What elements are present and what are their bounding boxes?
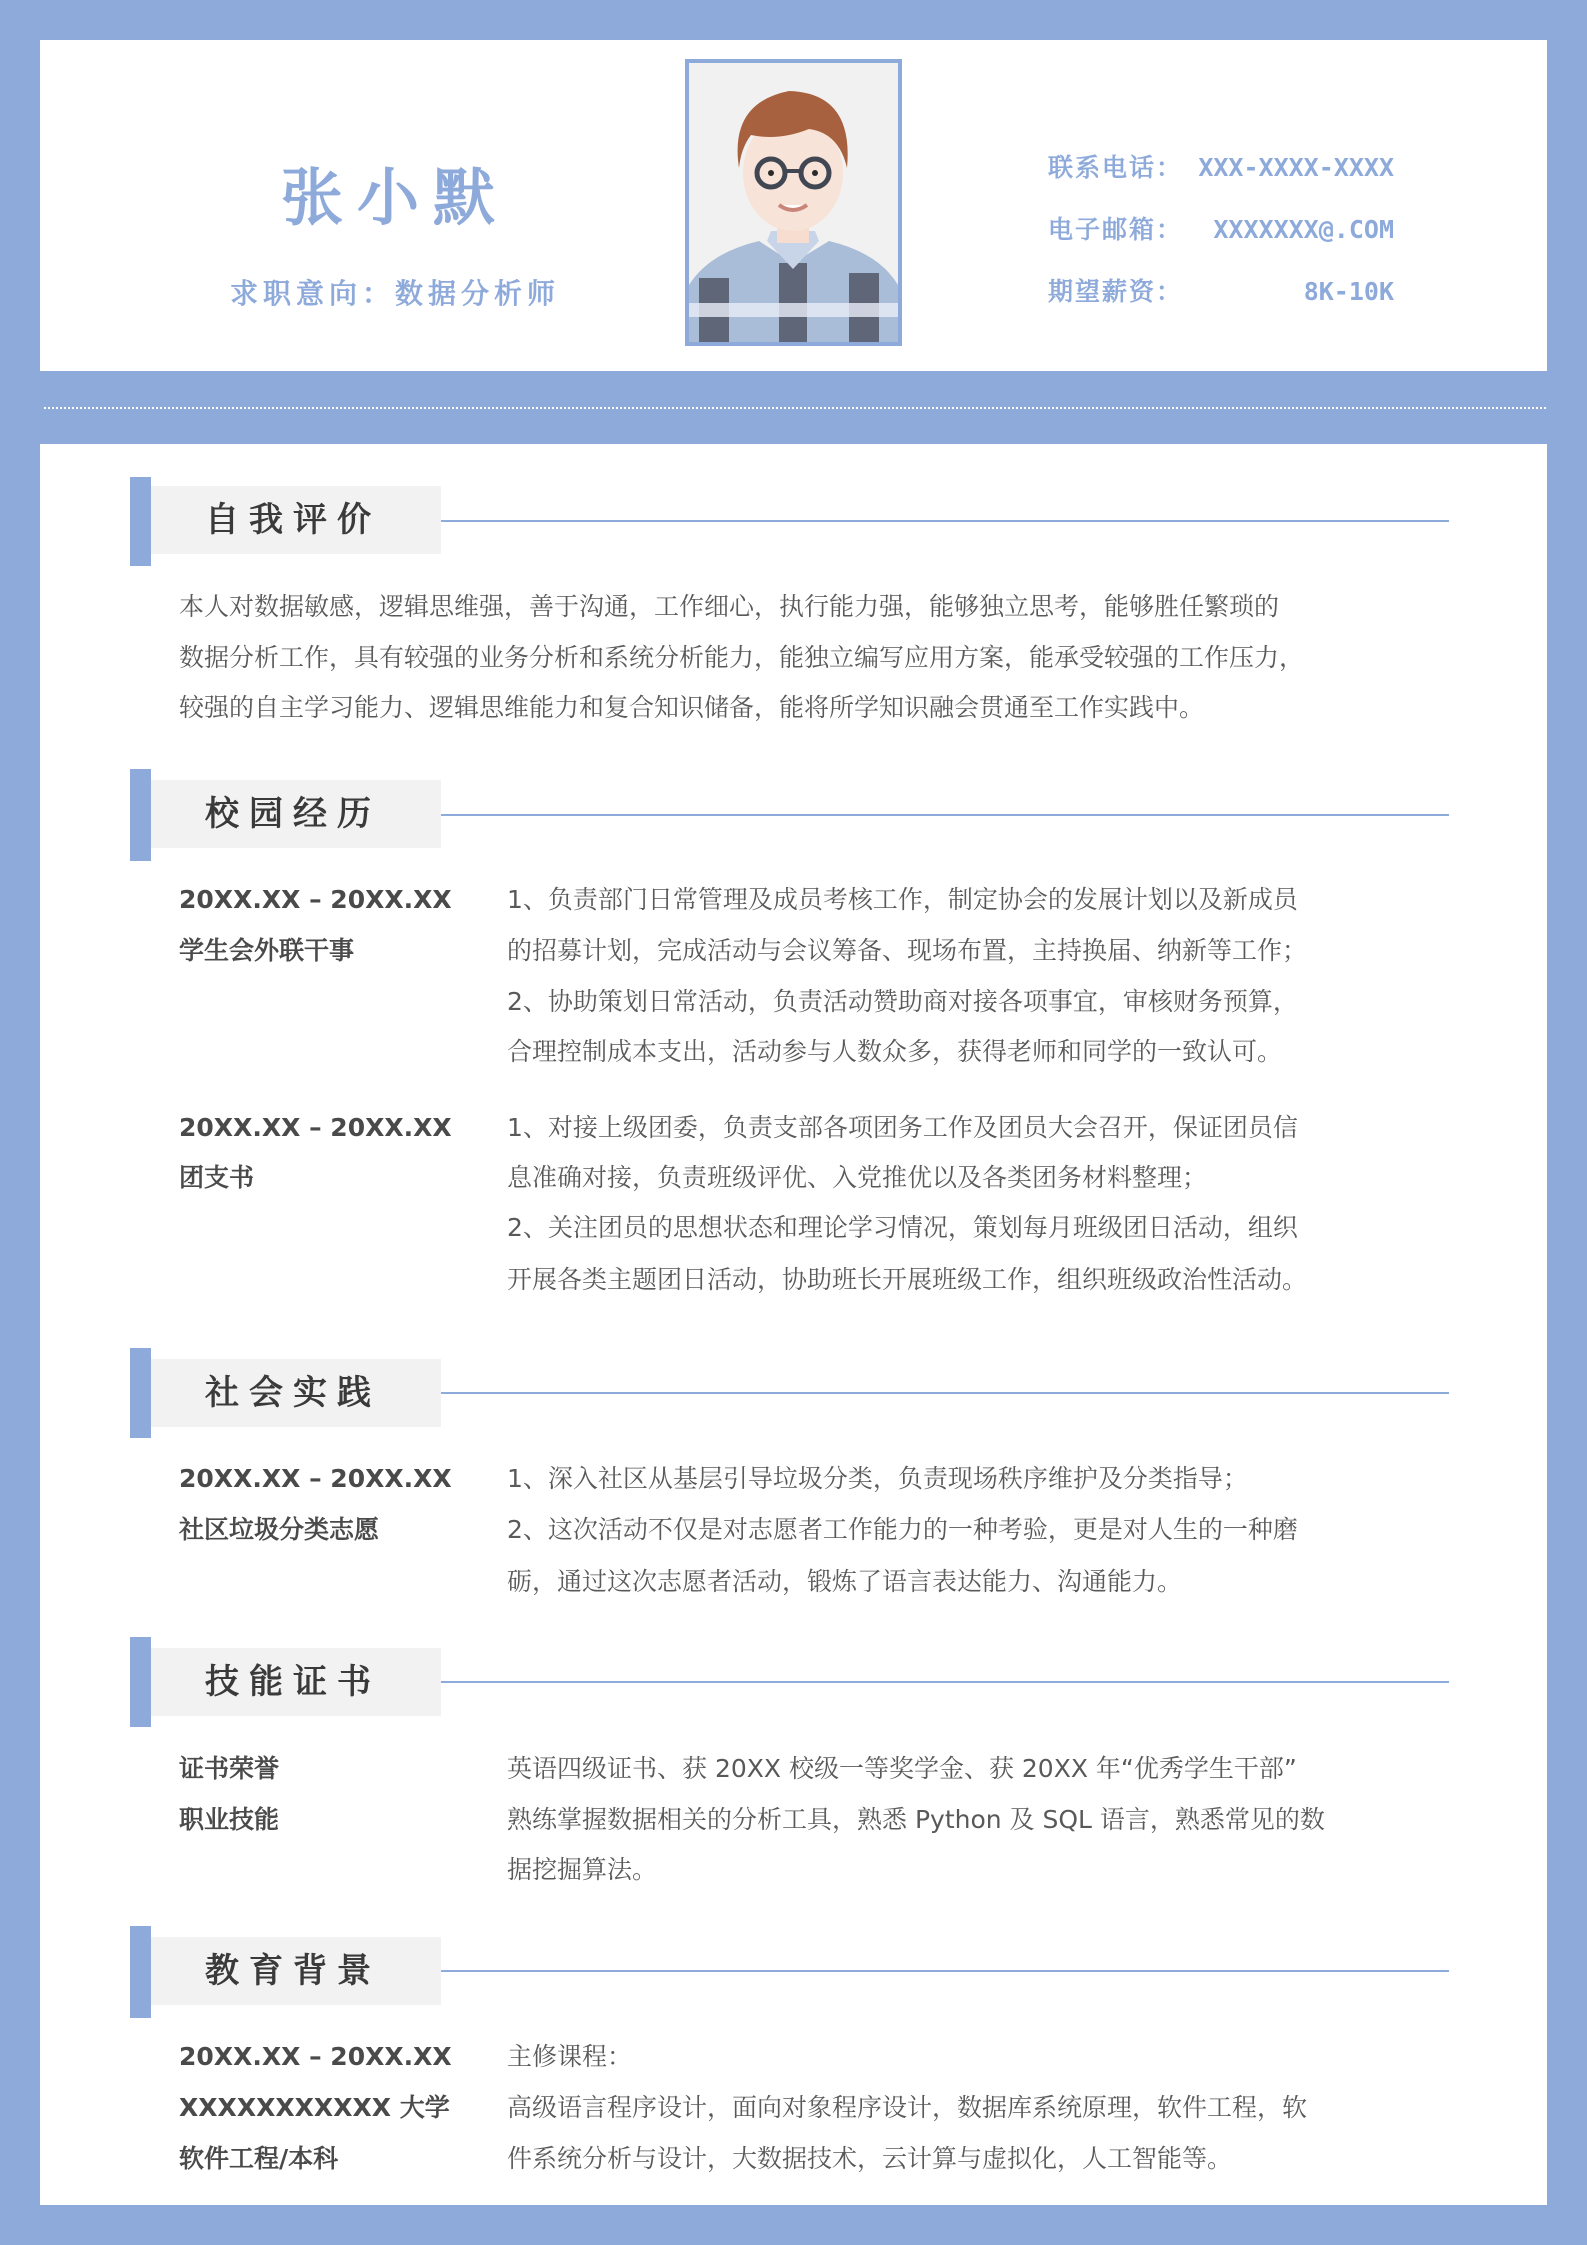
education-line: 件系统分析与设计，大数据技术，云计算与虚拟化，人工智能等。 [507, 2133, 1232, 2184]
section-divider [441, 1970, 1449, 1972]
section-divider [441, 814, 1449, 816]
email-value: XXXXXXX@.COM [1213, 212, 1394, 248]
campus-line: 1、负责部门日常管理及成员考核工作，制定协会的发展计划以及新成员 [507, 874, 1298, 925]
campus-role: 团支书 [179, 1152, 254, 1203]
avatar-illustration-icon [689, 63, 898, 342]
skills-line: 据挖掘算法。 [507, 1844, 657, 1895]
dotted-divider [44, 407, 1546, 409]
campus-line: 1、对接上级团委，负责支部各项团务工作及团员大会召开，保证团员信 [507, 1102, 1298, 1153]
candidate-name: 张小默 [200, 158, 590, 238]
campus-line: 开展各类主题团日活动，协助班长开展班级工作，组织班级政治性活动。 [507, 1254, 1307, 1305]
education-school: XXXXXXXXXXX 大学 [179, 2082, 450, 2133]
education-date: 20XX.XX – 20XX.XX [179, 2031, 452, 2082]
skills-label: 证书荣誉 [179, 1743, 279, 1794]
section-title-social: 社会实践 [205, 1359, 381, 1427]
social-line: 2、这次活动不仅是对志愿者工作能力的一种考验，更是对人生的一种磨 [507, 1504, 1298, 1555]
section-accent-bar [130, 477, 151, 566]
self-eval-line: 数据分析工作，具有较强的业务分析和系统分析能力，能独立编写应用方案，能承受较强的… [179, 632, 1304, 683]
contact-email: 电子邮箱： XXXXXXX@.COM [1048, 212, 1394, 248]
campus-date: 20XX.XX – 20XX.XX [179, 1102, 452, 1153]
contact-phone: 联系电话： XXX-XXXX-XXXX [1048, 150, 1394, 186]
campus-role: 学生会外联干事 [179, 925, 354, 976]
contact-salary: 期望薪资： 8K-10K [1048, 274, 1394, 310]
job-intent: 求职意向：数据分析师 [200, 274, 590, 314]
campus-line: 的招募计划，完成活动与会议筹备、现场布置，主持换届、纳新等工作； [507, 925, 1307, 976]
social-line: 砺，通过这次志愿者活动，锻炼了语言表达能力、沟通能力。 [507, 1556, 1182, 1607]
campus-line: 合理控制成本支出，活动参与人数众多，获得老师和同学的一致认可。 [507, 1026, 1282, 1077]
self-eval-line: 本人对数据敏感，逻辑思维强，善于沟通，工作细心，执行能力强，能够独立思考，能够胜… [179, 581, 1279, 632]
section-title-self-eval: 自我评价 [205, 486, 381, 554]
education-major: 软件工程/本科 [179, 2133, 338, 2184]
campus-line: 2、关注团员的思想状态和理论学习情况，策划每月班级团日活动，组织 [507, 1202, 1298, 1253]
social-date: 20XX.XX – 20XX.XX [179, 1453, 452, 1504]
email-label: 电子邮箱： [1048, 212, 1183, 248]
section-title-skills: 技能证书 [205, 1648, 381, 1716]
social-line: 1、深入社区从基层引导垃圾分类，负责现场秩序维护及分类指导； [507, 1453, 1248, 1504]
section-accent-bar [130, 1348, 151, 1438]
salary-label: 期望薪资： [1048, 274, 1183, 310]
education-line: 高级语言程序设计，面向对象程序设计，数据库系统原理，软件工程，软 [507, 2082, 1307, 2133]
education-line: 主修课程： [507, 2031, 632, 2082]
campus-date: 20XX.XX – 20XX.XX [179, 874, 452, 925]
section-divider [441, 520, 1449, 522]
skills-line: 英语四级证书、获 20XX 校级一等奖学金、获 20XX 年“优秀学生干部” [507, 1743, 1297, 1794]
avatar [685, 59, 902, 346]
salary-value: 8K-10K [1304, 274, 1394, 310]
section-divider [441, 1681, 1449, 1683]
skills-line: 熟练掌握数据相关的分析工具，熟悉 Python 及 SQL 语言，熟悉常见的数 [507, 1794, 1325, 1845]
campus-line: 息准确对接，负责班级评优、入党推优以及各类团务材料整理； [507, 1152, 1207, 1203]
section-accent-bar [130, 769, 151, 861]
section-title-education: 教育背景 [205, 1937, 381, 2005]
skills-label: 职业技能 [179, 1794, 279, 1845]
campus-line: 2、协助策划日常活动，负责活动赞助商对接各项事宜，审核财务预算， [507, 976, 1298, 1027]
section-title-campus: 校园经历 [205, 780, 381, 848]
section-accent-bar [130, 1926, 151, 2018]
section-divider [441, 1392, 1449, 1394]
phone-label: 联系电话： [1048, 150, 1183, 186]
section-accent-bar [130, 1637, 151, 1727]
social-role: 社区垃圾分类志愿 [179, 1504, 379, 1555]
phone-value: XXX-XXXX-XXXX [1198, 150, 1394, 186]
self-eval-line: 较强的自主学习能力、逻辑思维能力和复合知识储备，能将所学知识融会贯通至工作实践中… [179, 682, 1204, 733]
